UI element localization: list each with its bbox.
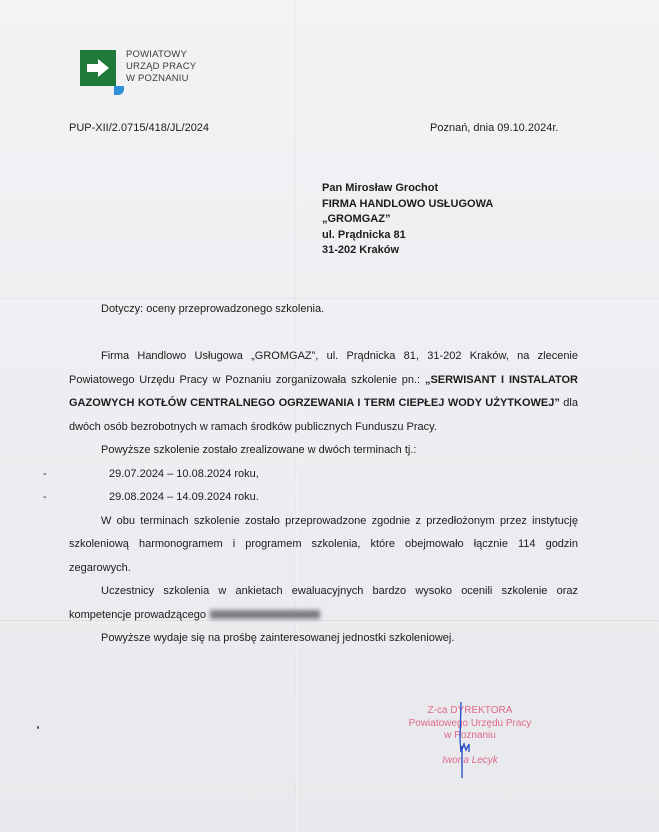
recipient-company-name: „GROMGAZ” (322, 212, 493, 228)
recipient-address: Pan Mirosław Grochot FIRMA HANDLOWO USŁU… (322, 181, 493, 259)
subject-line: Dotyczy: oceny przeprowadzonego szkoleni… (101, 303, 324, 315)
letter-body: Firma Handlowo Usługowa „GROMGAZ”, ul. P… (69, 345, 578, 651)
logo-blue-accent (114, 86, 124, 95)
term-item: -29.08.2024 – 14.09.2024 roku. (69, 486, 578, 510)
redacted-name (210, 610, 320, 619)
handwritten-signature (450, 700, 480, 780)
recipient-street: ul. Prądnicka 81 (322, 228, 493, 244)
arrow-right-icon (86, 58, 110, 78)
reference-number: PUP-XII/2.0715/418/JL/2024 (69, 122, 209, 134)
paragraph-1: Firma Handlowo Usługowa „GROMGAZ”, ul. P… (69, 345, 578, 439)
recipient-city: 31-202 Kraków (322, 243, 493, 259)
paragraph-2: Powyższe szkolenie zostało zrealizowane … (69, 439, 578, 463)
paper-fold-horizontal (0, 298, 659, 301)
paragraph-4: Uczestnicy szkolenia w ankietach ewaluac… (69, 580, 578, 627)
recipient-name: Pan Mirosław Grochot (322, 181, 493, 197)
recipient-company: FIRMA HANDLOWO USŁUGOWA (322, 197, 493, 213)
logo-square (80, 50, 116, 86)
paragraph-5: Powyższe wydaje się na prośbę zaintereso… (69, 627, 578, 651)
paragraph-3: W obu terminach szkolenie zostało przepr… (69, 510, 578, 581)
paper-speck (37, 726, 39, 729)
letter-page: POWIATOWY URZĄD PRACY W POZNANIU PUP-XII… (0, 0, 659, 832)
place-date: Poznań, dnia 09.10.2024r. (430, 122, 558, 134)
logo-org-name: POWIATOWY URZĄD PRACY W POZNANIU (126, 49, 196, 85)
term-item: -29.07.2024 – 10.08.2024 roku, (69, 463, 578, 487)
